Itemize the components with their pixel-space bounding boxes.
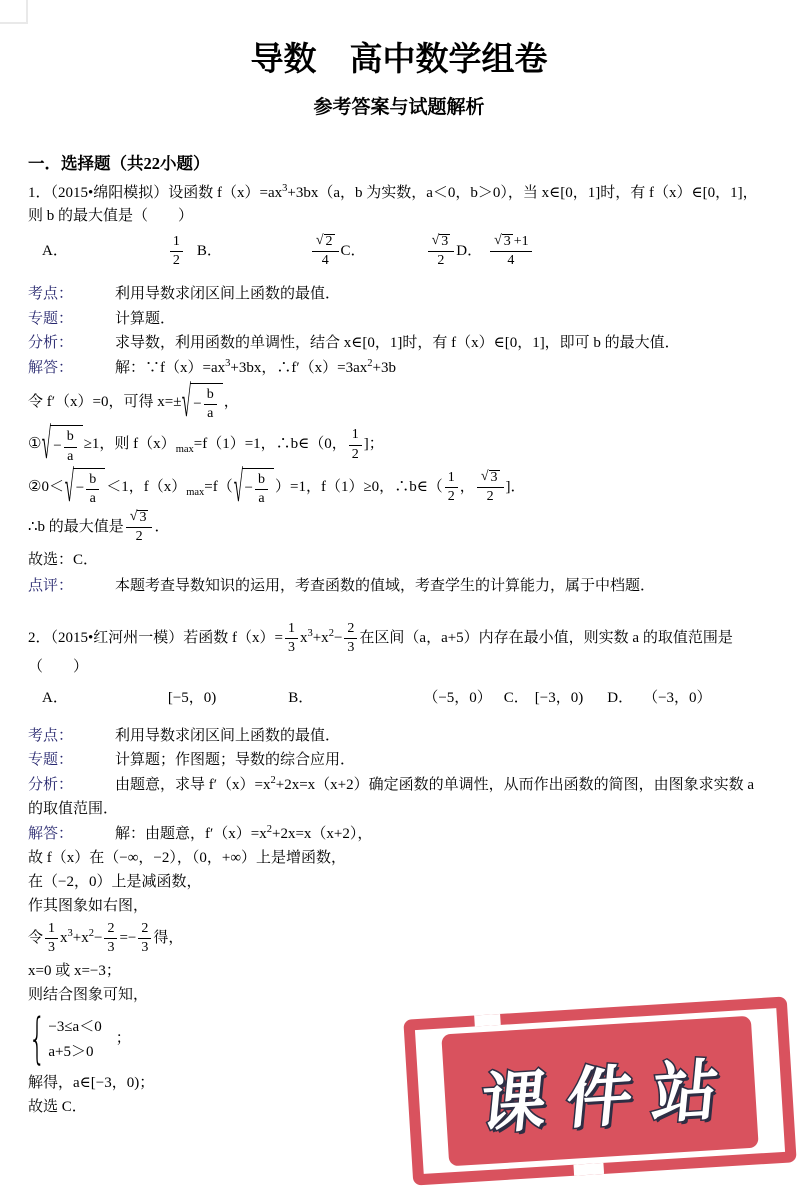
question-1-options: A．12B．√24C．√32D．√3+14 xyxy=(28,234,770,269)
meta-row-fenxi: 分析：求导数，利用函数的单调性，结合 x∈[0，1]时，有 f（x）∈[0，1]… xyxy=(28,331,770,356)
question-1-analysis: 考点：利用导数求闭区间上函数的最值． 专题：计算题． 分析：求导数，利用函数的单… xyxy=(28,282,770,380)
meta-value-fenxi: 求导数，利用函数的单调性，结合 x∈[0，1]时，有 f（x）∈[0，1]，即可… xyxy=(115,335,680,351)
meta-label-fenxi: 分析： xyxy=(28,331,73,356)
question-2-options: A．[−5，0)B．（−5，0）C．[−3，0)D．（−3，0） xyxy=(28,685,770,711)
q1-solution-line-2: ①√−ba≥1，则 f（x）max=f（1）=1，∴b∈（0，12]； xyxy=(28,425,770,464)
meta-row-dianping: 点评：本题考查导数知识的运用，考查函数的值域，考查学生的计算能力，属于中档题． xyxy=(28,574,770,599)
document-content: 导数 高中数学组卷 参考答案与试题解析 一．选择题（共22小题） 1．（2015… xyxy=(0,38,800,1119)
meta-value-zhuanti: 计算题． xyxy=(115,311,175,327)
meta-row-jieda-2: 解答：解：由题意，f′（x）=x2+2x=x（x+2）， xyxy=(28,822,770,847)
document-subtitle: 参考答案与试题解析 xyxy=(28,96,770,120)
meta-label-fenxi-2: 分析： xyxy=(28,773,73,798)
page-corner-artifact xyxy=(0,0,28,24)
meta-label-dianping: 点评： xyxy=(28,574,73,599)
meta-row-zhuanti: 专题：计算题． xyxy=(28,307,770,332)
meta-value-jieda-2: 解：由题意，f′（x）=x2+2x=x（x+2）， xyxy=(115,826,372,842)
meta-label-jieda-2: 解答： xyxy=(28,822,73,847)
q2-solution-line-4: 令13x3+x2−23=−23得， xyxy=(28,921,770,956)
meta-value-kaodian-2: 利用导数求闭区间上函数的最值． xyxy=(115,728,340,744)
document-page: 导数 高中数学组卷 参考答案与试题解析 一．选择题（共22小题） 1．（2015… xyxy=(0,0,800,1200)
meta-value-dianping: 本题考查导数知识的运用，考查函数的值域，考查学生的计算能力，属于中档题． xyxy=(115,578,655,594)
meta-label-zhuanti: 专题： xyxy=(28,307,73,332)
meta-row-jieda: 解答：解：∵f（x）=ax3+3bx，∴f′（x）=3ax2+3b xyxy=(28,356,770,381)
meta-row-zhuanti-2: 专题：计算题；作图题；导数的综合应用． xyxy=(28,748,770,773)
q1-solution-line-1: 令 f′（x）=0，可得 x=±√−ba， xyxy=(28,383,770,422)
question-1-stem: 1．（2015•绵阳模拟）设函数 f（x）=ax3+3bx（a，b 为实数，a＜… xyxy=(28,182,770,228)
q1-solution-line-3: ②0＜√−ba＜1，f（x）max=f（√−ba）=1，f（1）≥0，∴b∈（1… xyxy=(28,468,770,507)
document-title: 导数 高中数学组卷 xyxy=(28,38,770,82)
question-2-stem: 2．（2015•红河州一模）若函数 f（x）=13x3+x2−23在区间（a，a… xyxy=(28,621,770,679)
q1-solution-line-4: ∴b 的最大值是√32． xyxy=(28,510,770,545)
q2-solution-line-3: 作其图象如右图， xyxy=(28,894,770,918)
section-header: 一．选择题（共22小题） xyxy=(28,153,770,175)
question-2-analysis: 考点：利用导数求闭区间上函数的最值． 专题：计算题；作图题；导数的综合应用． 分… xyxy=(28,724,770,847)
q2-solution-line-2: 在（−2，0）上是减函数， xyxy=(28,870,770,894)
stamp-text: 课件站 xyxy=(457,1035,744,1148)
stamp-inner-plate: 课件站 xyxy=(441,1016,758,1167)
meta-label-kaodian: 考点： xyxy=(28,282,73,307)
meta-value-jieda: 解：∵f（x）=ax3+3bx，∴f′（x）=3ax2+3b xyxy=(115,360,396,376)
meta-row-kaodian-2: 考点：利用导数求闭区间上函数的最值． xyxy=(28,724,770,749)
q1-solution-answer: 故选：C． xyxy=(28,548,770,572)
meta-value-kaodian: 利用导数求闭区间上函数的最值． xyxy=(115,286,340,302)
meta-value-fenxi-2: 由题意，求导 f′（x）=x2+2x=x（x+2）确定函数的单调性，从而作出函数… xyxy=(28,777,754,818)
meta-row-fenxi-2: 分析：由题意，求导 f′（x）=x2+2x=x（x+2）确定函数的单调性，从而作… xyxy=(28,773,770,822)
q2-solution-line-5: x=0 或 x=−3； xyxy=(28,959,770,983)
meta-row-kaodian: 考点：利用导数求闭区间上函数的最值． xyxy=(28,282,770,307)
q2-solution-line-1: 故 f（x）在（−∞，−2），（0，+∞）上是增函数， xyxy=(28,846,770,870)
meta-label-jieda: 解答： xyxy=(28,356,73,381)
meta-value-zhuanti-2: 计算题；作图题；导数的综合应用． xyxy=(115,752,355,768)
meta-label-zhuanti-2: 专题： xyxy=(28,748,73,773)
meta-label-kaodian-2: 考点： xyxy=(28,724,73,749)
kejianzhan-watermark-stamp: 课件站 xyxy=(403,996,796,1185)
